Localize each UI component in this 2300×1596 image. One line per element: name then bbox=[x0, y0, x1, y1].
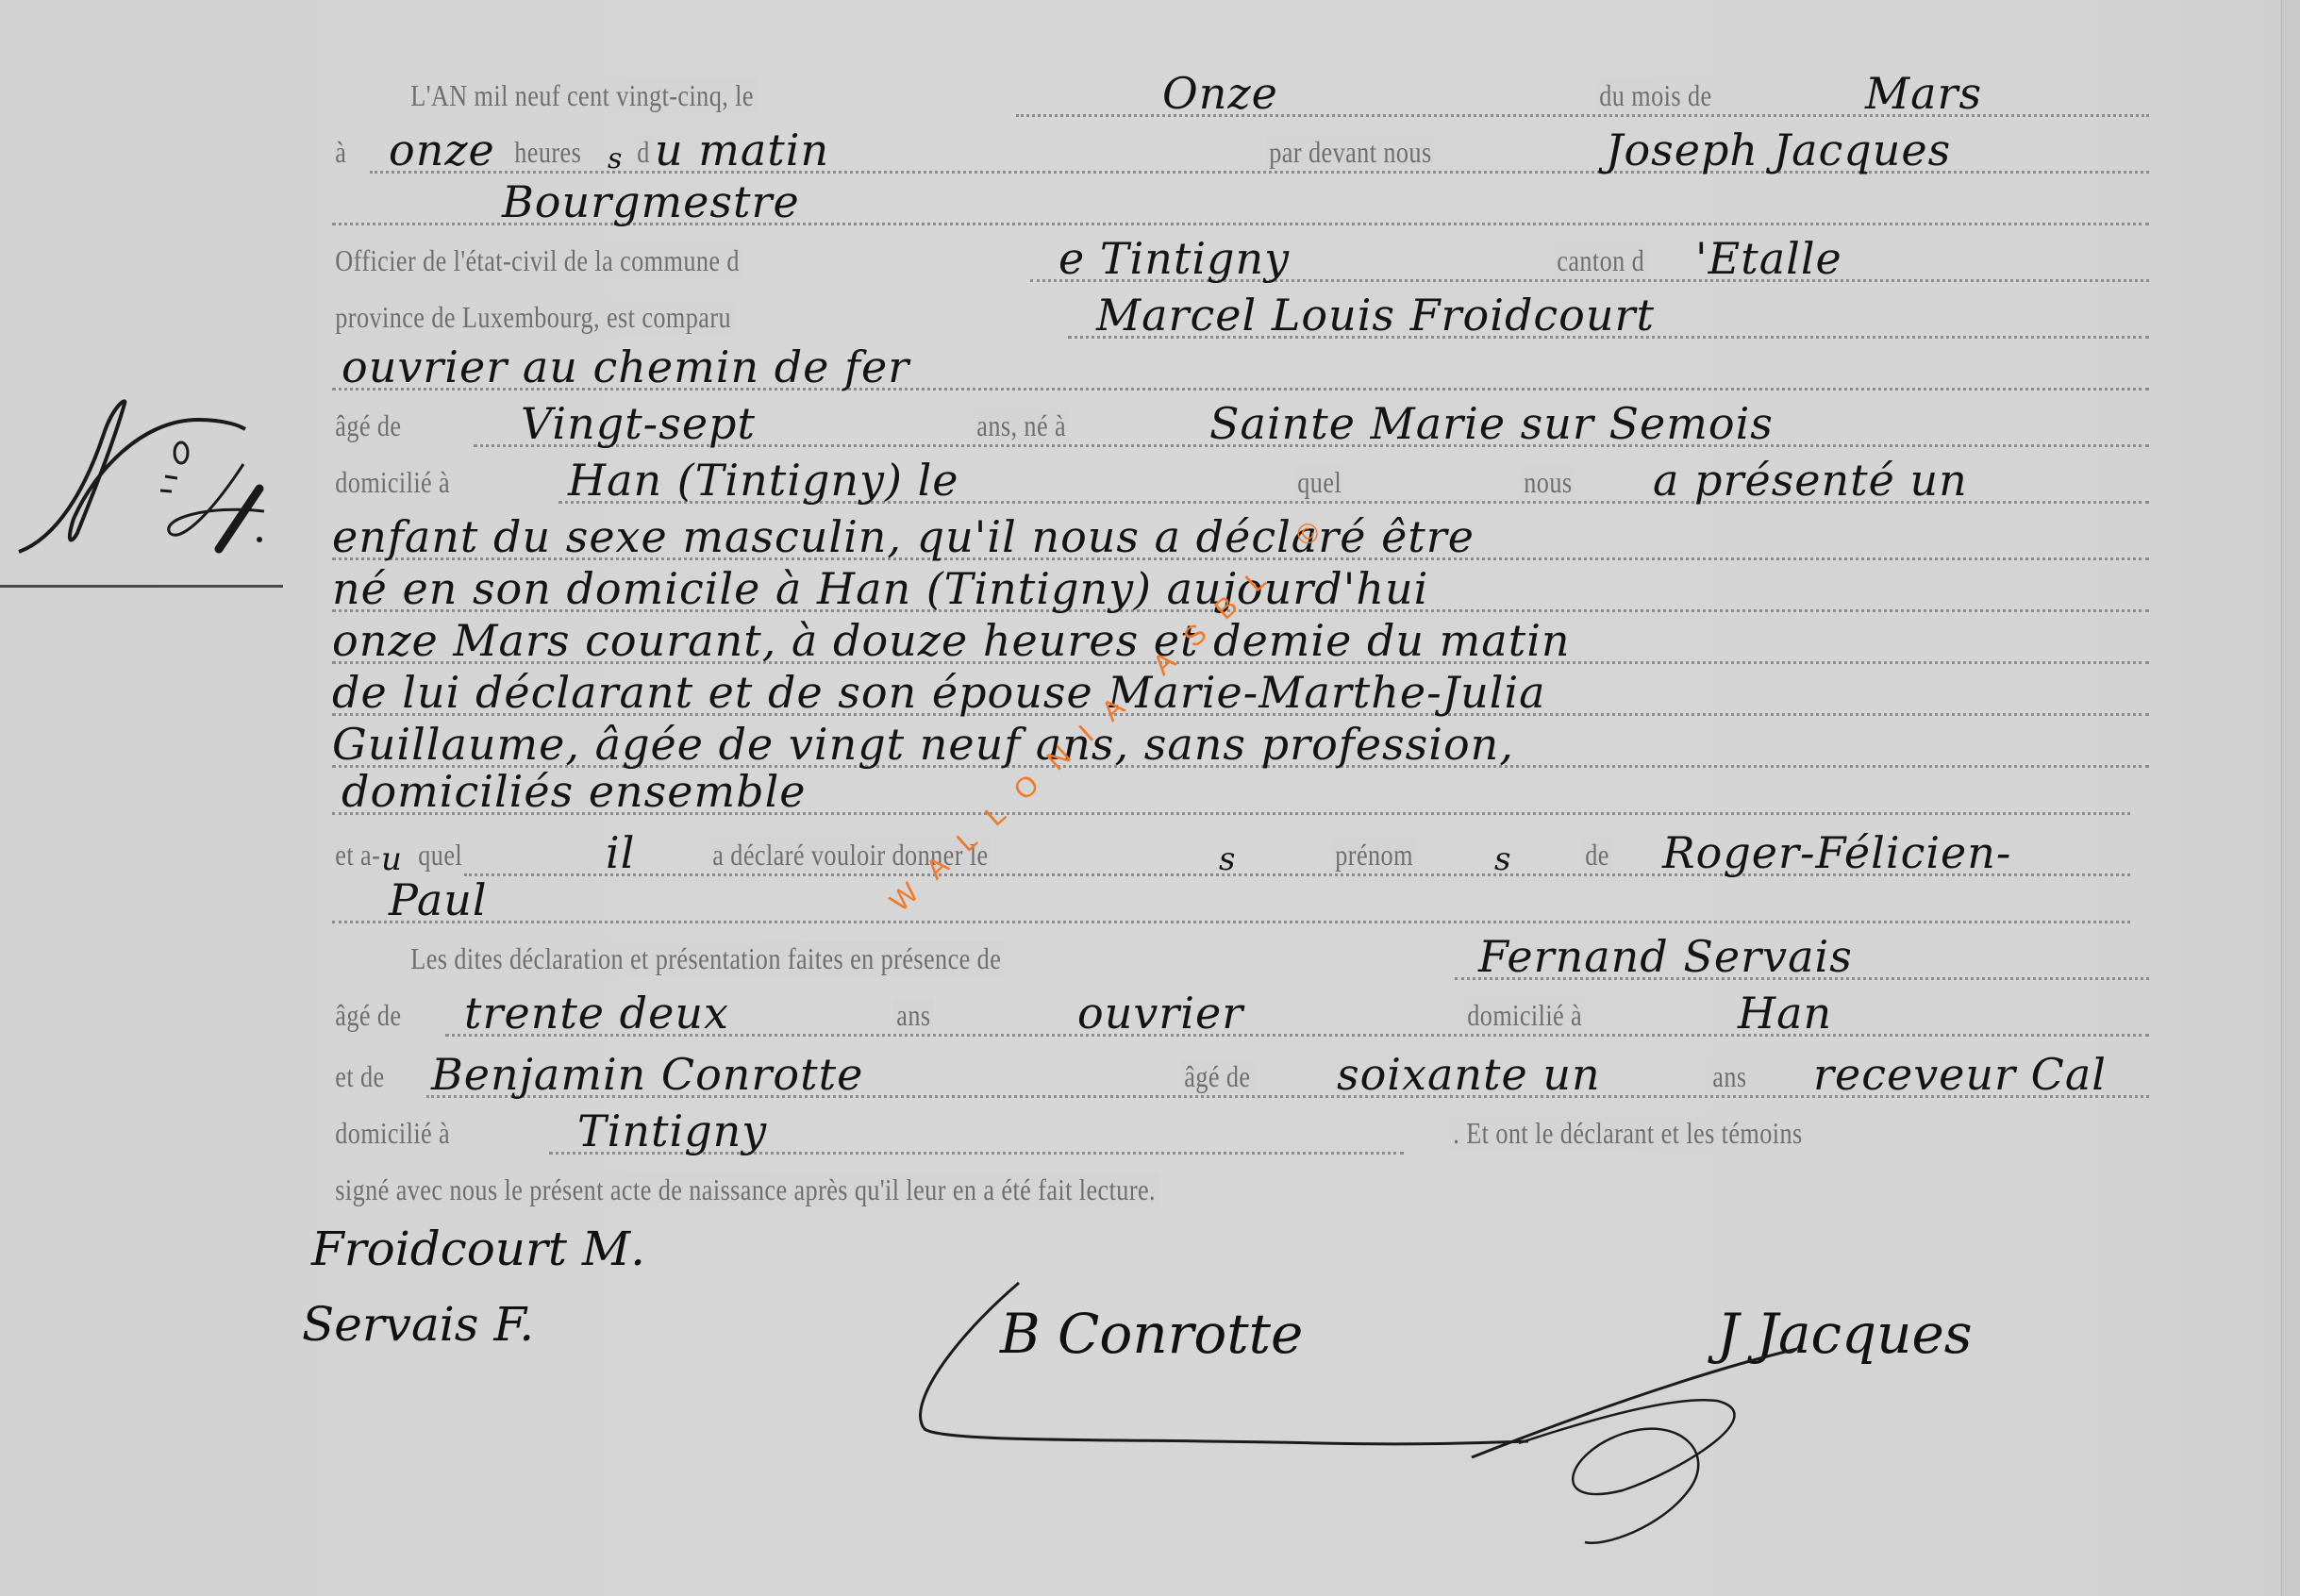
document-page: N° 4. L'AN mil neuf cent vingt-cinq, le … bbox=[0, 0, 2300, 1596]
signature-flourishes bbox=[0, 0, 2300, 1596]
